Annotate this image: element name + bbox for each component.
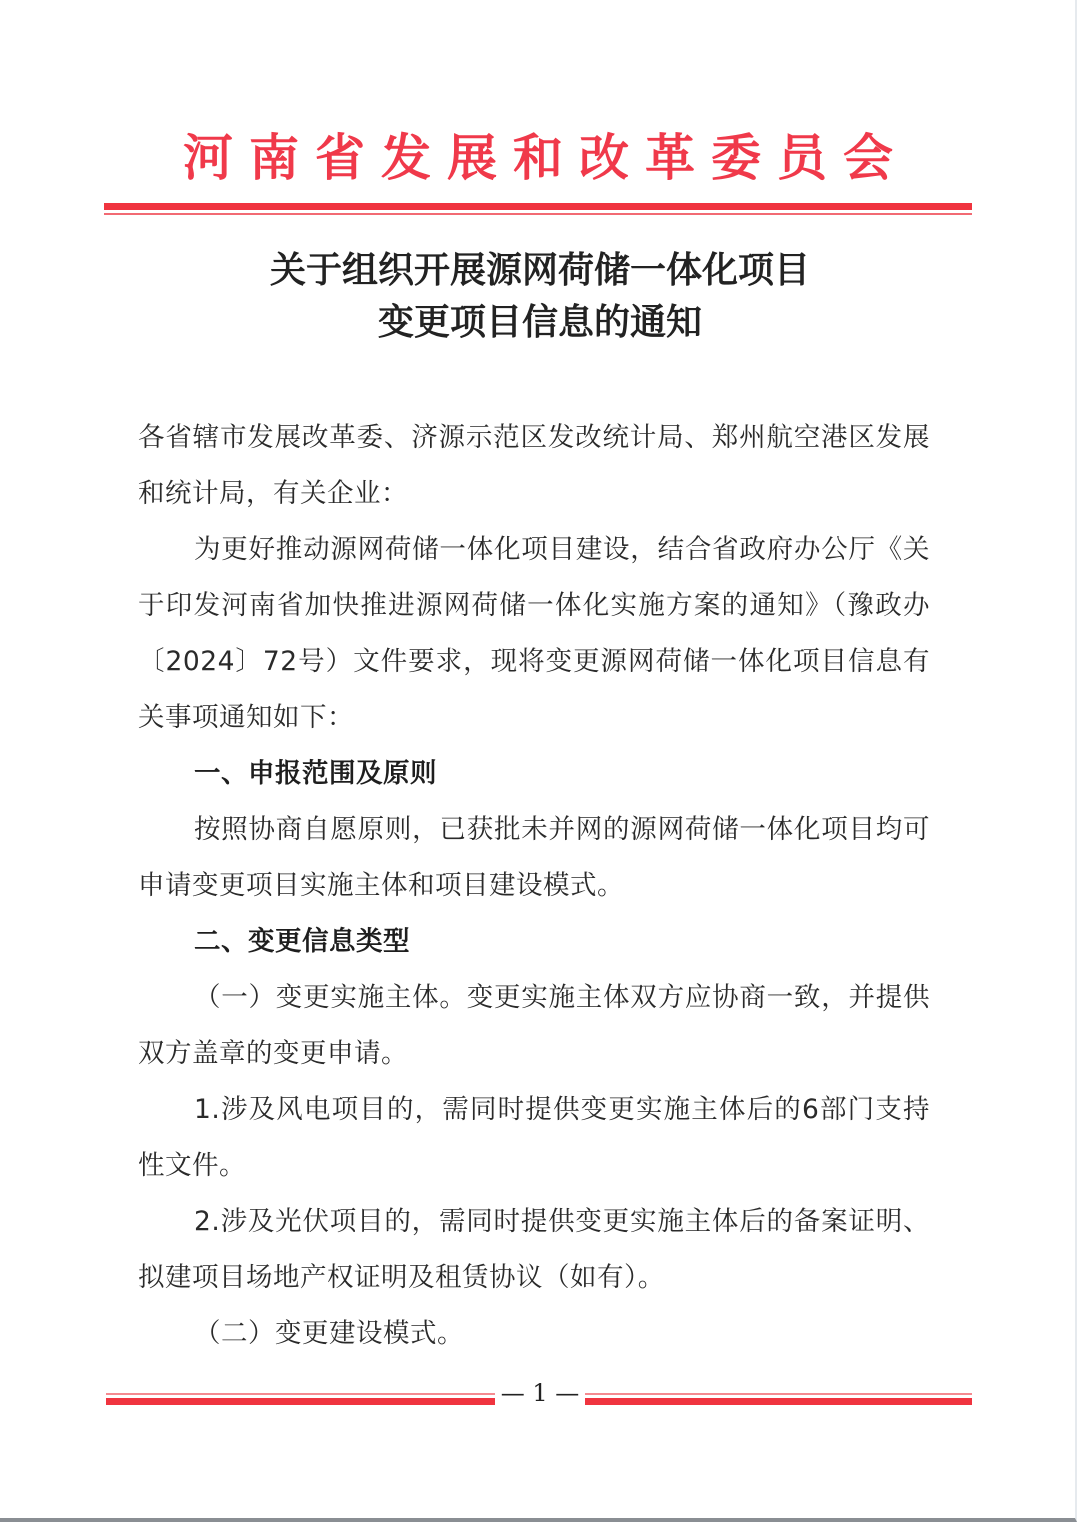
section-2-item-1: （一）变更实施主体。变更实施主体双方应协商一致，并提供双方盖章的变更申请。: [138, 970, 930, 1082]
section-1-text: 按照协商自愿原则，已获批未并网的源网荷储一体化项目均可申请变更项目实施主体和项目…: [138, 802, 930, 914]
title-line-2: 变更项目信息的通知: [140, 296, 940, 348]
issuer-header: 河南省发展和改革委员会: [104, 128, 972, 188]
document-page: 河南省发展和改革委员会 关于组织开展源网荷储一体化项目 变更项目信息的通知 各省…: [0, 0, 1077, 1522]
section-2-item-1-1: 1.涉及风电项目的，需同时提供变更实施主体后的6部门支持性文件。: [138, 1082, 930, 1194]
document-title: 关于组织开展源网荷储一体化项目 变更项目信息的通知: [140, 244, 940, 348]
section-2-item-2: （二）变更建设模式。: [138, 1306, 930, 1362]
header-red-rule-thick: [104, 203, 972, 210]
section-1-heading: 一、申报范围及原则: [138, 746, 930, 802]
document-body: 各省辖市发展改革委、济源示范区发改统计局、郑州航空港区发展和统计局，有关企业： …: [138, 410, 930, 1362]
page-number: — 1 —: [0, 1378, 1080, 1408]
section-2-item-1-2: 2.涉及光伏项目的，需同时提供变更实施主体后的备案证明、拟建项目场地产权证明及租…: [138, 1194, 930, 1306]
addressee: 各省辖市发展改革委、济源示范区发改统计局、郑州航空港区发展和统计局，有关企业：: [138, 410, 930, 522]
section-2-heading: 二、变更信息类型: [138, 914, 930, 970]
title-line-1: 关于组织开展源网荷储一体化项目: [140, 244, 940, 296]
intro-paragraph: 为更好推动源网荷储一体化项目建设，结合省政府办公厅《关于印发河南省加快推进源网荷…: [138, 522, 930, 746]
header-red-rule-thin: [104, 213, 972, 215]
page-number-text: — 1 —: [495, 1379, 586, 1407]
